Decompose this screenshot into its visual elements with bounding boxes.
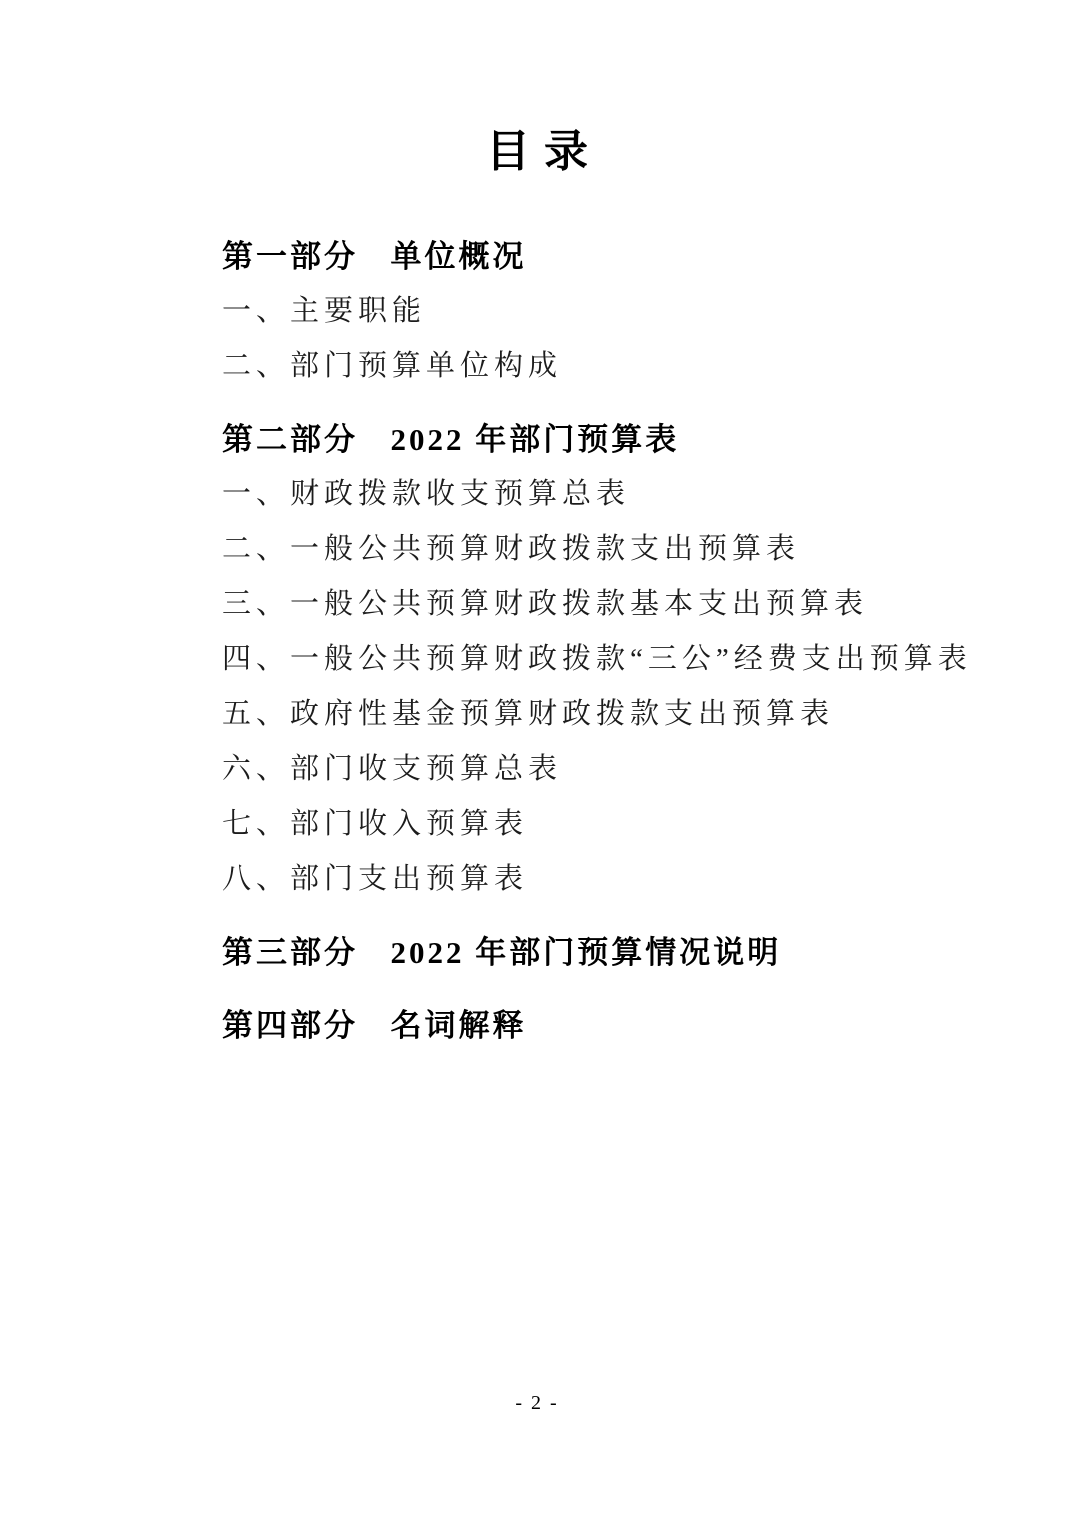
- toc-item-part1-1: 一、主要职能: [222, 284, 934, 339]
- toc-item-part2-5: 五、政府性基金预算财政拨款支出预算表: [222, 687, 934, 742]
- toc-section-part1-title: 单位概况: [391, 239, 527, 274]
- toc-section-part3-label: 第三部分: [222, 935, 358, 970]
- toc-section-part2-label: 第二部分: [222, 422, 358, 457]
- toc-item-part2-8: 八、部门支出预算表: [222, 852, 934, 907]
- toc-section-part4: 第四部分名词解释: [222, 998, 934, 1053]
- toc-item-part2-3: 三、一般公共预算财政拨款基本支出预算表: [222, 577, 934, 632]
- toc-item-part2-7: 七、部门收入预算表: [222, 797, 934, 852]
- toc-section-part3-title: 2022 年部门预算情况说明: [391, 935, 782, 970]
- toc-item-part2-6: 六、部门收支预算总表: [222, 742, 934, 797]
- page-number: - 2 -: [0, 1392, 1074, 1415]
- toc-section-part3: 第三部分2022 年部门预算情况说明: [222, 925, 934, 980]
- toc-section-part1-label: 第一部分: [222, 239, 358, 274]
- toc-item-part2-4: 四、一般公共预算财政拨款“三公”经费支出预算表: [222, 632, 934, 687]
- toc-section-part2-title: 2022 年部门预算表: [391, 422, 680, 457]
- toc-item-part2-2: 二、一般公共预算财政拨款支出预算表: [222, 522, 934, 577]
- document-page: 目录 第一部分单位概况 一、主要职能 二、部门预算单位构成 第二部分2022 年…: [0, 0, 1074, 1520]
- toc-section-part2: 第二部分2022 年部门预算表: [222, 412, 934, 467]
- toc-item-part2-1: 一、财政拨款收支预算总表: [222, 467, 934, 522]
- toc-section-part1: 第一部分单位概况: [222, 229, 934, 284]
- page-title: 目录: [0, 0, 1074, 179]
- toc-section-part4-label: 第四部分: [222, 1008, 358, 1043]
- table-of-contents: 第一部分单位概况 一、主要职能 二、部门预算单位构成 第二部分2022 年部门预…: [222, 229, 934, 1053]
- toc-item-part1-2: 二、部门预算单位构成: [222, 339, 934, 394]
- toc-section-part4-title: 名词解释: [391, 1008, 527, 1043]
